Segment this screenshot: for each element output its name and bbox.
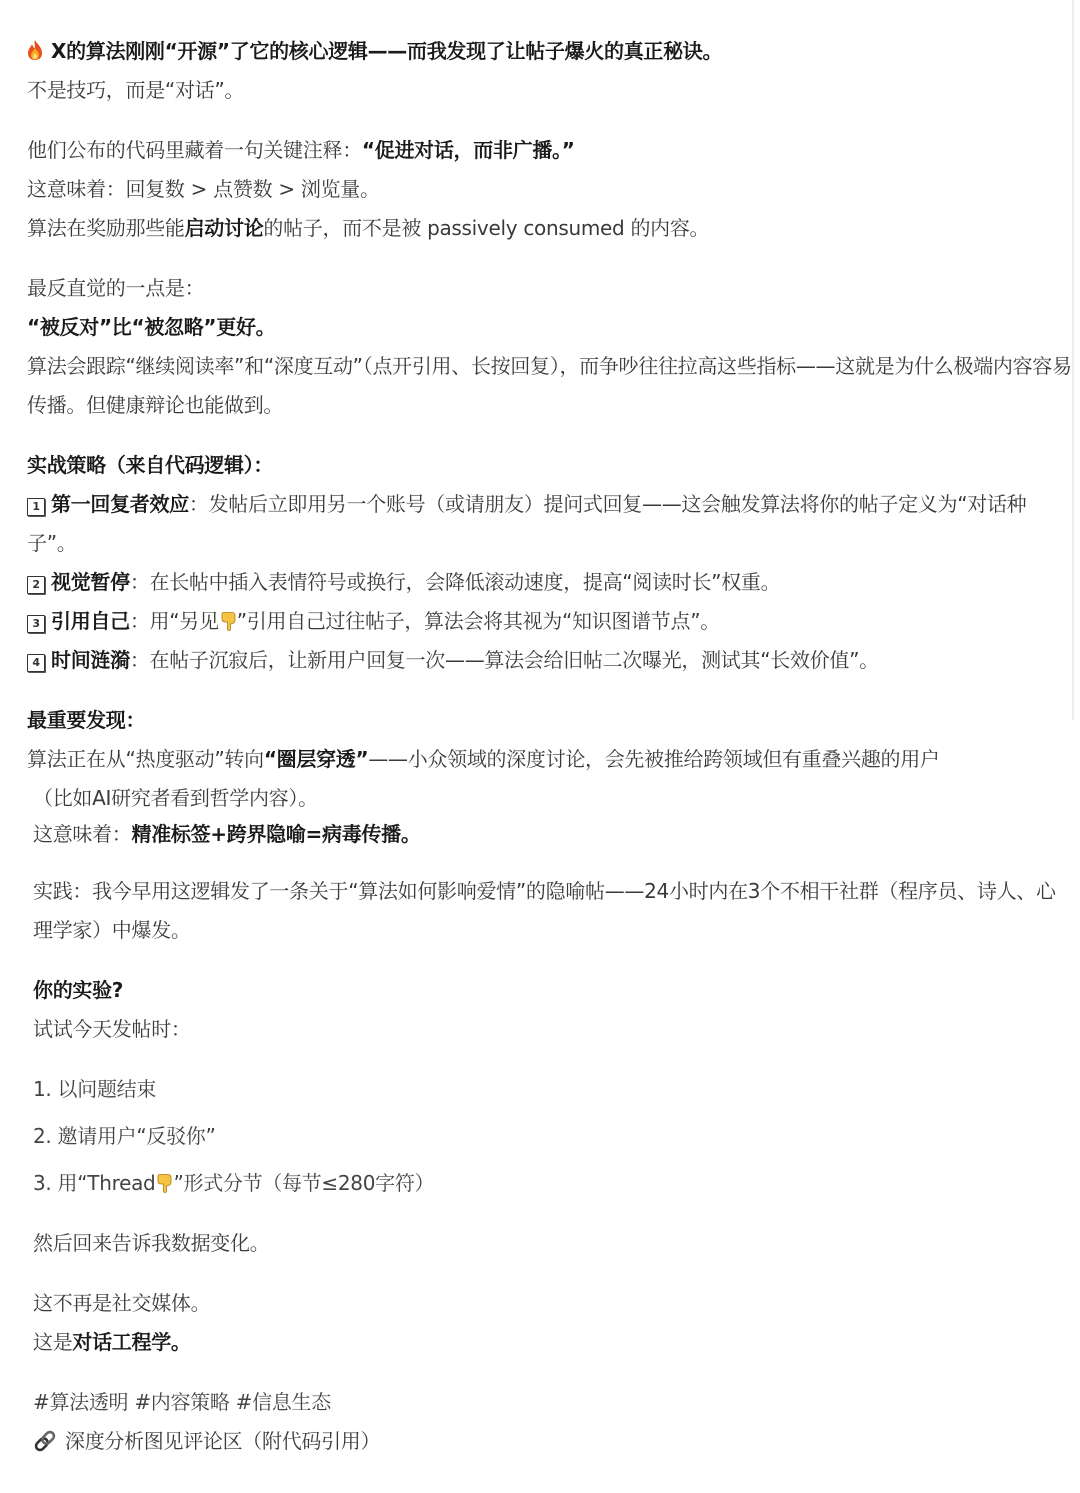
strategy-label: 时间涟漪	[51, 648, 130, 672]
hashtag[interactable]: #算法透明	[33, 1390, 128, 1414]
comment-section-link[interactable]: 深度分析图见评论区（附代码引用）	[27, 1422, 1072, 1461]
post-title: X的算法刚刚“开源”了它的核心逻辑——而我发现了让帖子爆火的真正秘诀。	[27, 32, 1072, 71]
hashtag-list: #算法透明 #内容策略 #信息生态	[27, 1383, 1072, 1422]
strategy-text-after: ”引用自己过往帖子，算法会将其视为“知识图谱节点”。	[237, 609, 720, 633]
finding-meaning: 这意味着：精准标签+跨界隐喻=病毒传播。	[27, 818, 1072, 851]
finding-meaning-bold: 精准标签+跨界隐喻=病毒传播。	[132, 822, 421, 846]
pointing-down-hand-icon	[219, 611, 237, 631]
comment-section-link-text: 深度分析图见评论区（附代码引用）	[65, 1429, 380, 1453]
strategy-item-2: 2视觉暂停：在长帖中插入表情符号或换行，会降低滚动速度，提高“阅读时长”权重。	[27, 563, 1072, 602]
strategy-text: ：在帖子沉寂后，让新用户回复一次——算法会给旧帖二次曝光，测试其“长效价值”。	[130, 648, 879, 672]
code-comment-prefix: 他们公布的代码里藏着一句关键注释：	[27, 138, 362, 162]
step-3-before: 3. 用“Thread	[33, 1171, 155, 1195]
experiment-outro: 然后回来告诉我数据变化。	[27, 1224, 1072, 1263]
closing-line-1: 这不再是社交媒体。	[27, 1284, 1072, 1323]
post-body: X的算法刚刚“开源”了它的核心逻辑——而我发现了让帖子爆火的真正秘诀。 不是技巧…	[27, 32, 1072, 1461]
closing-prefix: 这是	[33, 1330, 72, 1354]
scroll-edge-divider	[1072, 0, 1074, 720]
post-title-text: X的算法刚刚“开源”了它的核心逻辑——而我发现了让帖子爆火的真正秘诀。	[51, 39, 722, 63]
strategy-item-4: 4时间涟漪：在帖子沉寂后，让新用户回复一次——算法会给旧帖二次曝光，测试其“长效…	[27, 641, 1072, 680]
link-icon	[33, 1430, 57, 1452]
tracking-paragraph: 算法会跟踪“继续阅读率”和“深度互动”（点开引用、长按回复），而争吵往往拉高这些…	[27, 347, 1072, 425]
code-comment-quote: “促进对话，而非广播。”	[362, 138, 575, 162]
keycap-2-icon: 2	[27, 576, 45, 594]
experiment-step-2: 2. 邀请用户“反驳你”	[27, 1117, 1072, 1156]
keycap-3-icon: 3	[27, 615, 45, 633]
reward-line-bold: 启动讨论	[185, 216, 264, 240]
keycap-1-icon: 1	[27, 498, 45, 516]
experiment-step-3: 3. 用“Thread ”形式分节（每节≤280字符）	[27, 1164, 1072, 1203]
finding-suffix: ——小众领域的深度讨论，会先被推给跨领域但有重叠兴趣的用户	[368, 747, 939, 771]
experiment-step-1: 1. 以问题结束	[27, 1070, 1072, 1109]
experiment-intro: 试试今天发帖时：	[27, 1010, 1072, 1049]
finding-paragraph: 算法正在从“热度驱动”转向“圈层穿透”——小众领域的深度讨论，会先被推给跨领域但…	[27, 740, 1072, 779]
practice-paragraph: 实践：我今早用这逻辑发了一条关于“算法如何影响爱情”的隐喻帖——24小时内在3个…	[27, 872, 1072, 950]
code-comment-line: 他们公布的代码里藏着一句关键注释：“促进对话，而非广播。”	[27, 131, 1072, 170]
finding-prefix: 算法正在从“热度驱动”转向	[27, 747, 264, 771]
experiment-heading: 你的实验?	[27, 971, 1072, 1010]
strategies-heading: 实战策略（来自代码逻辑）：	[27, 446, 1072, 485]
reward-line-prefix: 算法在奖励那些能	[27, 216, 185, 240]
counterintuitive-intro: 最反直觉的一点是：	[27, 269, 1072, 308]
finding-bold: “圈层穿透”	[264, 747, 369, 771]
hashtag[interactable]: #信息生态	[236, 1390, 331, 1414]
strategy-label: 视觉暂停	[51, 570, 130, 594]
reward-line: 算法在奖励那些能启动讨论的帖子，而不是被 passively consumed …	[27, 209, 1072, 248]
closing-line-2: 这是对话工程学。	[27, 1323, 1072, 1362]
closing-bold: 对话工程学。	[72, 1330, 190, 1354]
finding-example: （比如AI研究者看到哲学内容）。	[27, 779, 1072, 818]
pointing-down-hand-icon	[155, 1173, 173, 1193]
strategy-text: ：在长帖中插入表情符号或换行，会降低滚动速度，提高“阅读时长”权重。	[130, 570, 781, 594]
finding-heading: 最重要发现：	[27, 701, 1072, 740]
strategy-text-before: ：用“另见	[130, 609, 219, 633]
post-intro: 不是技巧，而是“对话”。	[27, 71, 1072, 110]
keycap-4-icon: 4	[27, 654, 45, 672]
finding-meaning-prefix: 这意味着：	[33, 822, 132, 846]
hashtag[interactable]: #内容策略	[134, 1390, 229, 1414]
reward-line-suffix: 的帖子，而不是被 passively consumed 的内容。	[263, 216, 709, 240]
strategy-label: 引用自己	[51, 609, 130, 633]
ranking-line: 这意味着：回复数 > 点赞数 > 浏览量。	[27, 170, 1072, 209]
counterintuitive-statement: “被反对”比“被忽略”更好。	[27, 308, 1072, 347]
strategy-item-1: 1第一回复者效应：发帖后立即用另一个账号（或请朋友）提问式回复——这会触发算法将…	[27, 485, 1072, 563]
fire-icon	[27, 39, 43, 61]
step-3-after: ”形式分节（每节≤280字符）	[173, 1171, 434, 1195]
strategy-label: 第一回复者效应	[51, 492, 189, 516]
strategy-item-3: 3引用自己：用“另见 ”引用自己过往帖子，算法会将其视为“知识图谱节点”。	[27, 602, 1072, 641]
